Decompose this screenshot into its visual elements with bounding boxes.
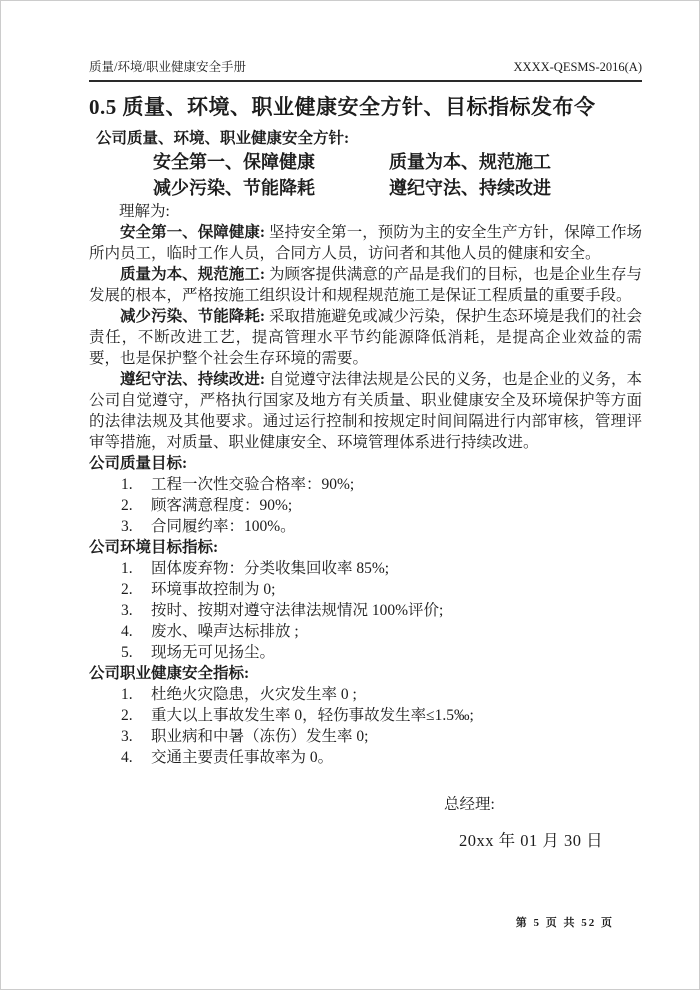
list-item: 4.交通主要责任事故率为 0。 bbox=[121, 747, 642, 768]
policy-row: 减少污染、节能降耗 遵纪守法、持续改进 bbox=[89, 175, 642, 201]
item-text: 合同履约率：100%。 bbox=[151, 518, 296, 535]
list-item: 4.废水、噪声达标排放 ; bbox=[121, 621, 642, 642]
item-text: 杜绝火灾隐患，火灾发生率 0 ; bbox=[151, 686, 357, 703]
list-item: 2.环境事故控制为 0; bbox=[121, 579, 642, 600]
policy-phrase: 质量为本、规范施工 bbox=[389, 149, 551, 175]
item-number: 4. bbox=[121, 621, 151, 642]
item-number: 5. bbox=[121, 642, 151, 663]
policy-row: 安全第一、保障健康 质量为本、规范施工 bbox=[89, 149, 642, 175]
page-header: 质量/环境/职业健康安全手册 XXXX-QESMS-2016(A) bbox=[89, 57, 642, 82]
page-footer: 第 5 页 共 52 页 bbox=[516, 914, 614, 930]
paragraph-label: 安全第一、保障健康: bbox=[120, 224, 265, 241]
item-text: 固体废弃物：分类收集回收率 85%; bbox=[151, 560, 389, 577]
item-text: 职业病和中暑（冻伤）发生率 0; bbox=[151, 728, 368, 745]
list-item: 1.杜绝火灾隐患，火灾发生率 0 ; bbox=[121, 684, 642, 705]
header-doc-code: XXXX-QESMS-2016(A) bbox=[514, 60, 642, 75]
item-number: 1. bbox=[121, 558, 151, 579]
section-heading-environment: 公司环境目标指标: bbox=[89, 537, 642, 558]
interpretation-paragraph: 质量为本、规范施工: 为顾客提供满意的产品是我们的目标，也是企业生存与发展的根本… bbox=[89, 264, 642, 306]
policy-phrase: 遵纪守法、持续改进 bbox=[389, 175, 551, 201]
signature-block: 总经理: 20xx 年 01 月 30 日 bbox=[89, 794, 642, 851]
policy-phrase: 减少污染、节能降耗 bbox=[153, 175, 389, 201]
interpretation-paragraph: 遵纪守法、持续改进: 自觉遵守法律法规是公民的义务，也是企业的义务，本公司自觉遵… bbox=[89, 369, 642, 453]
interpretation-paragraph: 安全第一、保障健康: 坚持安全第一，预防为主的安全生产方针，保障工作场所内员工，… bbox=[89, 222, 642, 264]
header-doc-title: 质量/环境/职业健康安全手册 bbox=[89, 57, 246, 75]
item-number: 3. bbox=[121, 516, 151, 537]
interpretation-paragraph: 减少污染、节能降耗: 采取措施避免或减少污染，保护生态环境是我们的社会责任，不断… bbox=[89, 306, 642, 369]
item-text: 工程一次性交验合格率：90%; bbox=[151, 476, 354, 493]
item-number: 2. bbox=[121, 495, 151, 516]
list-item: 3.按时、按期对遵守法律法规情况 100%评价; bbox=[121, 600, 642, 621]
document-content: 质量/环境/职业健康安全手册 XXXX-QESMS-2016(A) 0.5 质量… bbox=[89, 57, 642, 851]
item-text: 废水、噪声达标排放 ; bbox=[151, 623, 299, 640]
item-number: 2. bbox=[121, 579, 151, 600]
policy-heading: 公司质量、环境、职业健康安全方针: bbox=[89, 128, 642, 149]
item-text: 现场无可见扬尘。 bbox=[151, 644, 275, 661]
item-number: 4. bbox=[121, 747, 151, 768]
list-item: 2.顾客满意程度：90%; bbox=[121, 495, 642, 516]
signature-role: 总经理: bbox=[89, 794, 642, 815]
paragraph-label: 遵纪守法、持续改进: bbox=[120, 371, 265, 388]
list-item: 2.重大以上事故发生率 0，轻伤事故发生率≤1.5‰; bbox=[121, 705, 642, 726]
signature-date: 20xx 年 01 月 30 日 bbox=[89, 827, 642, 851]
interpretation-lead: 理解为: bbox=[119, 201, 642, 222]
page-title: 0.5 质量、环境、职业健康安全方针、目标指标发布令 bbox=[89, 91, 642, 121]
item-text: 按时、按期对遵守法律法规情况 100%评价; bbox=[151, 602, 443, 619]
item-number: 1. bbox=[121, 474, 151, 495]
item-number: 3. bbox=[121, 600, 151, 621]
list-item: 5.现场无可见扬尘。 bbox=[121, 642, 642, 663]
paragraph-label: 减少污染、节能降耗: bbox=[120, 308, 265, 325]
section-heading-quality: 公司质量目标: bbox=[89, 453, 642, 474]
item-text: 重大以上事故发生率 0，轻伤事故发生率≤1.5‰; bbox=[151, 707, 474, 724]
item-number: 2. bbox=[121, 705, 151, 726]
list-item: 3.职业病和中暑（冻伤）发生率 0; bbox=[121, 726, 642, 747]
item-number: 1. bbox=[121, 684, 151, 705]
list-item: 3.合同履约率：100%。 bbox=[121, 516, 642, 537]
list-item: 1.固体废弃物：分类收集回收率 85%; bbox=[121, 558, 642, 579]
item-number: 3. bbox=[121, 726, 151, 747]
item-text: 环境事故控制为 0; bbox=[151, 581, 275, 598]
paragraph-label: 质量为本、规范施工: bbox=[120, 266, 265, 283]
list-item: 1.工程一次性交验合格率：90%; bbox=[121, 474, 642, 495]
policy-phrase: 安全第一、保障健康 bbox=[153, 149, 389, 175]
document-page: 质量/环境/职业健康安全手册 XXXX-QESMS-2016(A) 0.5 质量… bbox=[0, 0, 700, 990]
item-text: 交通主要责任事故率为 0。 bbox=[151, 749, 333, 766]
item-text: 顾客满意程度：90%; bbox=[151, 497, 292, 514]
section-heading-ohs: 公司职业健康安全指标: bbox=[89, 663, 642, 684]
